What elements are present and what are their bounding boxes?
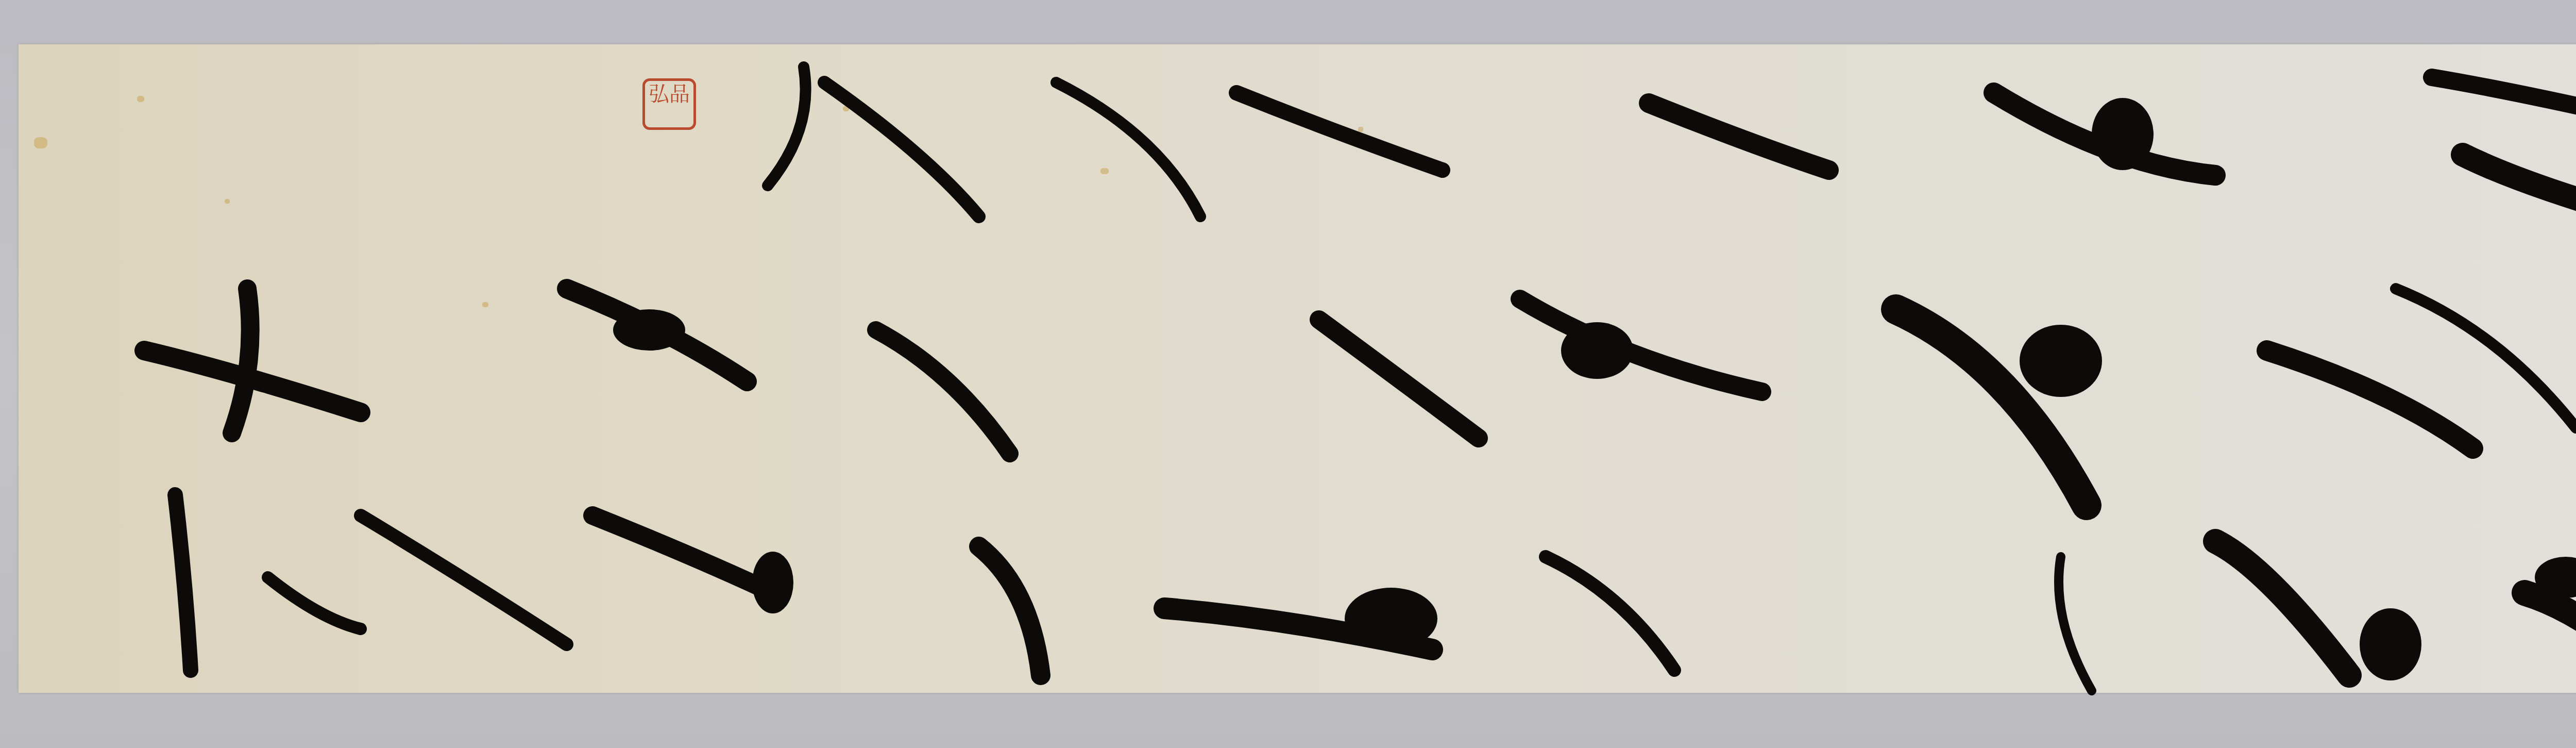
calligraphy-strokes — [0, 0, 2576, 748]
